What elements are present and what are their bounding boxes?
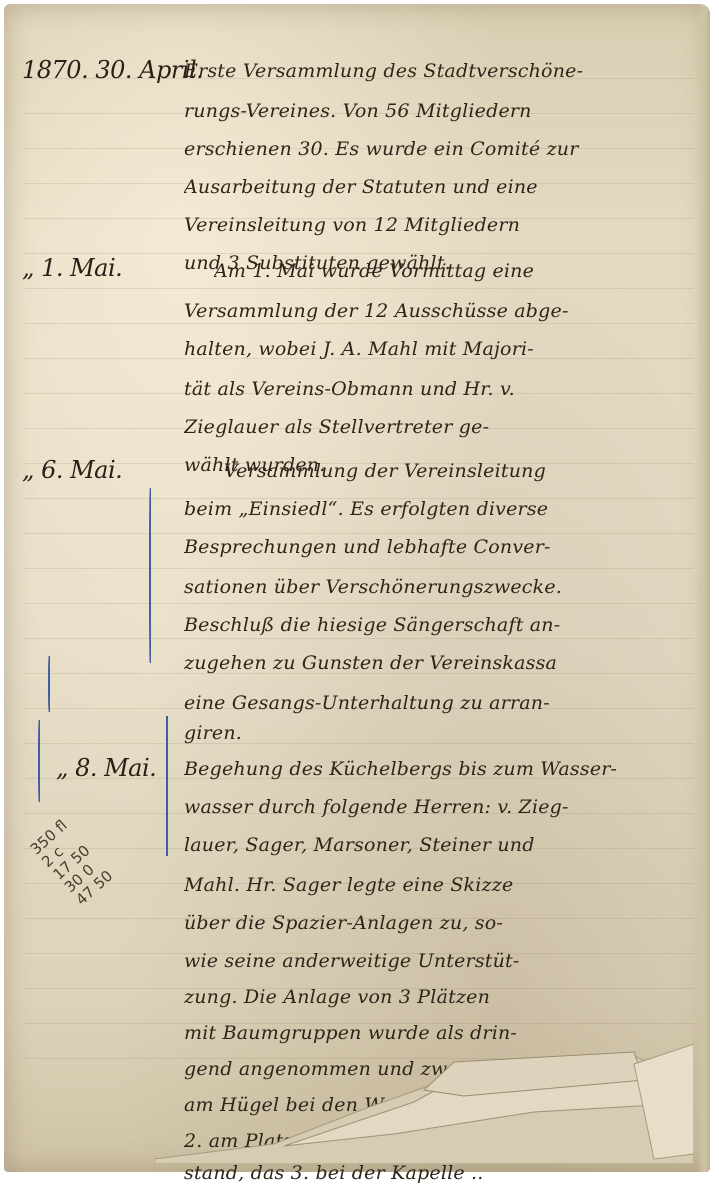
text-line: lauer, Sager, Marsoner, Steiner und <box>184 834 704 856</box>
manuscript-page: 1870. 30. April. Erste Versammlung des S… <box>4 4 710 1172</box>
text-line: stand, das 3. bei der Kapelle ... <box>184 1162 484 1180</box>
entry-date: 1870. 30. April. <box>22 56 203 84</box>
text-line: tät als Vereins-Obmann und Hr. v. <box>184 378 704 400</box>
text-line: giren. <box>184 722 704 744</box>
text-line: beim „Einsiedl“. Es erfolgten diverse <box>184 498 704 520</box>
text-line: Versammlung der Vereinsleitung <box>224 460 719 482</box>
blue-pencil-bracket <box>38 720 40 802</box>
text-line: Versammlung der 12 Ausschüsse abge- <box>184 300 704 322</box>
entry-date: „ 1. Mai. <box>22 254 122 282</box>
text-line: Vereinsleitung von 12 Mitgliedern <box>184 214 704 236</box>
text-line: Erste Versammlung des Stadtverschöne- <box>184 60 704 82</box>
text-line: wasser durch folgende Herren: v. Zieg- <box>184 796 704 818</box>
text-line: zung. Die Anlage von 3 Plätzen <box>184 986 704 1008</box>
text-line: über die Spazier-Anlagen zu, so- <box>184 912 704 934</box>
blue-pencil-stroke <box>48 656 50 712</box>
text-line: zugehen zu Gunsten der Vereinskassa <box>184 652 704 674</box>
text-line: eine Gesangs-Unterhaltung zu arran- <box>184 692 704 714</box>
text-line: wie seine anderweitige Unterstüt- <box>184 950 704 972</box>
text-line: sationen über Verschönerungszwecke. <box>184 576 704 598</box>
text-line: Mahl. Hr. Sager legte eine Skizze <box>184 874 704 896</box>
blue-pencil-bracket <box>149 488 151 663</box>
text-line: Beschluß die hiesige Sängerschaft an- <box>184 614 704 636</box>
text-line: Zieglauer als Stellvertreter ge- <box>184 416 704 438</box>
blue-pencil-line <box>166 716 168 856</box>
text-line: rungs-Vereines. Von 56 Mitgliedern <box>184 100 704 122</box>
text-line: Am 1. Mai wurde Vormittag eine <box>214 260 719 282</box>
torn-paper-edge <box>154 1034 694 1164</box>
text-line: halten, wobei J. A. Mahl mit Majori- <box>184 338 704 360</box>
text-line: Ausarbeitung der Statuten und eine <box>184 176 704 198</box>
text-line: Besprechungen und lebhafte Conver- <box>184 536 704 558</box>
text-line: Begehung des Küchelbergs bis zum Wasser- <box>184 758 704 780</box>
entry-date: „ 8. Mai. <box>56 754 156 782</box>
text-line: erschienen 30. Es wurde ein Comité zur <box>184 138 704 160</box>
entry-date: „ 6. Mai. <box>22 456 122 484</box>
ruled-lines <box>24 44 694 1092</box>
